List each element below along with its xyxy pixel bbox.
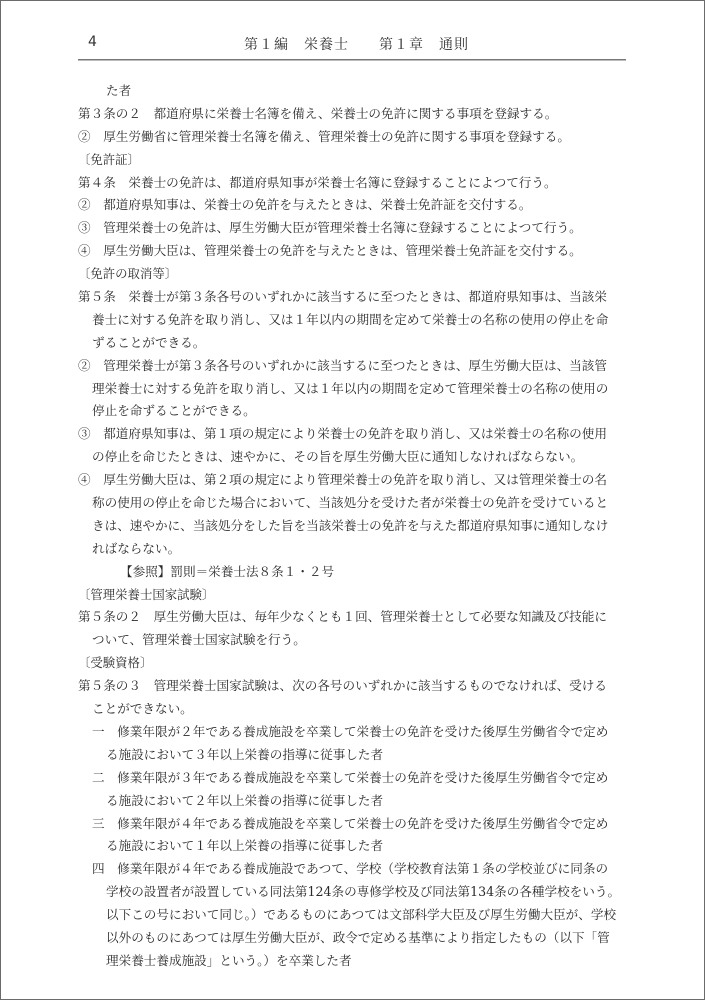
- body-text: た者第３条の２ 都道府県に栄養士名簿を備え、栄養士の免許に関する事項を登録する。…: [78, 80, 638, 973]
- text-line: 四 修業年限が４年である養成施設であつて、学校（学校教育法第１条の学校並びに同条…: [78, 858, 638, 881]
- text-line: ③ 都道府県知事は、第１項の規定により栄養士の免許を取り消し、又は栄養士の名称の…: [78, 423, 638, 446]
- article-number: 第５条の２: [78, 609, 141, 624]
- text-line: 以外のものにあつては厚生労働大臣が、政令で定める基準により指定したもの（以下「管: [78, 927, 638, 950]
- article-number: 第５条: [78, 289, 116, 304]
- article-text: 栄養士が第３条各号のいずれかに該当するに至つたときは、都道府県知事は、当該栄: [116, 289, 607, 304]
- text-line: ④ 厚生労働大臣は、第２項の規定により管理栄養士の免許を取り消し、又は管理栄養士…: [78, 469, 638, 492]
- text-line: ② 厚生労働省に管理栄養士名簿を備え、管理栄養士の免許に関する事項を登録する。: [78, 126, 638, 149]
- article-number: 第４条: [78, 175, 116, 190]
- section-heading: 〔受験資格〕: [78, 652, 638, 675]
- text-line: 理栄養士に対する免許を取り消し、又は１年以内の期間を定めて管理栄養士の名称の使用…: [78, 378, 638, 401]
- text-line: きは、速やかに、当該処分をした旨を当該栄養士の免許を与えた都道府県知事に通知しな…: [78, 515, 638, 538]
- text-line: る施設において３年以上栄養の指導に従事した者: [78, 744, 638, 767]
- text-line: ればならない。: [78, 538, 638, 561]
- text-line: る施設において２年以上栄養の指導に従事した者: [78, 790, 638, 813]
- text-line: 称の使用の停止を命じた場合において、当該処分を受けた者が栄養士の免許を受けている…: [78, 492, 638, 515]
- text-line: 停止を命ずることができる。: [78, 400, 638, 423]
- article-line: 第４条 栄養士の免許は、都道府県知事が栄養士名簿に登録することによつて行う。: [78, 172, 638, 195]
- text-line: 【参照】罰則＝栄養士法８条１・２号: [78, 561, 638, 584]
- text-line: 一 修業年限が２年である養成施設を卒業して栄養士の免許を受けた後厚生労働省令で定…: [78, 721, 638, 744]
- section-heading: 〔免許証〕: [78, 149, 638, 172]
- running-title: 第１編 栄養士 第１章 通則: [244, 34, 469, 54]
- text-line: ずることができる。: [78, 332, 638, 355]
- article-line: 第５条の２ 厚生労働大臣は、毎年少なくとも１回、管理栄養士として必要な知識及び技…: [78, 606, 638, 629]
- text-line: ④ 厚生労働大臣は、管理栄養士の免許を与えたときは、管理栄養士免許証を交付する。: [78, 240, 638, 263]
- text-line: 二 修業年限が３年である養成施設を卒業して栄養士の免許を受けた後厚生労働省令で定…: [78, 767, 638, 790]
- article-line: 第５条の３ 管理栄養士国家試験は、次の各号のいずれかに該当するものでなければ、受…: [78, 675, 638, 698]
- article-number: 第３条の２: [78, 106, 141, 121]
- article-number: 第５条の３: [78, 678, 141, 693]
- text-line: 学校の設置者が設置している同法第124条の専修学校及び同法第134条の各種学校を…: [78, 881, 638, 904]
- article-text: 厚生労働大臣は、毎年少なくとも１回、管理栄養士として必要な知識及び技能に: [141, 609, 607, 624]
- article-line: 第５条 栄養士が第３条各号のいずれかに該当するに至つたときは、都道府県知事は、当…: [78, 286, 638, 309]
- header-rule: [78, 59, 626, 61]
- text-line: 理栄養士養成施設」という。）を卒業した者: [78, 950, 638, 973]
- article-text: 管理栄養士国家試験は、次の各号のいずれかに該当するものでなければ、受ける: [141, 678, 607, 693]
- text-line: た者: [78, 80, 638, 103]
- article-text: 栄養士の免許は、都道府県知事が栄養士名簿に登録することによつて行う。: [116, 175, 557, 190]
- section-heading: 〔管理栄養士国家試験〕: [78, 584, 638, 607]
- article-line: 第３条の２ 都道府県に栄養士名簿を備え、栄養士の免許に関する事項を登録する。: [78, 103, 638, 126]
- text-line: ことができない。: [78, 698, 638, 721]
- text-line: ③ 管理栄養士の免許は、厚生労働大臣が管理栄養士名簿に登録することによつて行う。: [78, 217, 638, 240]
- text-line: ② 都道府県知事は、栄養士の免許を与えたときは、栄養士免許証を交付する。: [78, 194, 638, 217]
- text-line: る施設において１年以上栄養の指導に従事した者: [78, 835, 638, 858]
- text-line: ② 管理栄養士が第３条各号のいずれかに該当するに至つたときは、厚生労働大臣は、当…: [78, 355, 638, 378]
- text-line: 三 修業年限が４年である養成施設を卒業して栄養士の免許を受けた後厚生労働省令で定…: [78, 813, 638, 836]
- section-heading: 〔免許の取消等〕: [78, 263, 638, 286]
- page-number: 4: [88, 34, 97, 50]
- article-text: 都道府県に栄養士名簿を備え、栄養士の免許に関する事項を登録する。: [141, 106, 557, 121]
- page-header: 4 第１編 栄養士 第１章 通則: [78, 28, 626, 58]
- text-line: 以下この号において同じ。）であるものにあつては文部科学大臣及び厚生労働大臣が、学…: [78, 904, 638, 927]
- text-line: 養士に対する免許を取り消し、又は１年以内の期間を定めて栄養士の名称の使用の停止を…: [78, 309, 638, 332]
- text-line: の停止を命じたときは、速やかに、その旨を厚生労働大臣に通知しなければならない。: [78, 446, 638, 469]
- text-line: ついて、管理栄養士国家試験を行う。: [78, 629, 638, 652]
